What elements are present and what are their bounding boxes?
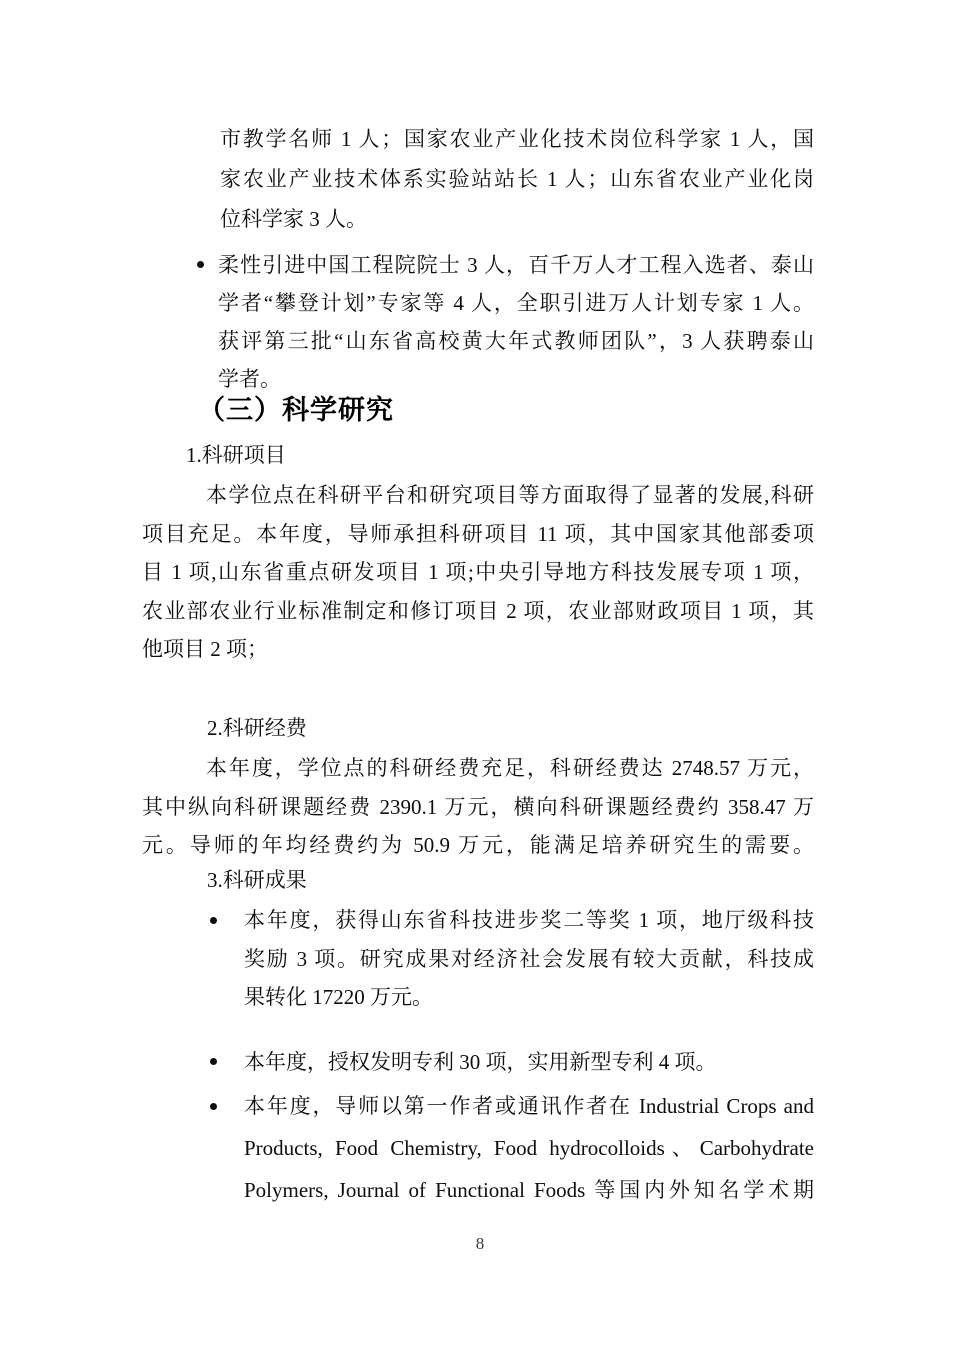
bullet-item: 柔性引进中国工程院院士 3 人，百千万人才工程入选者、泰山 学者“攀登计划”专家… bbox=[218, 246, 814, 398]
text-line: 本年度，学位点的科研经费充足，科研经费达 2748.57 万元， bbox=[142, 749, 814, 788]
text-line: 获评第三批“山东省高校黄大年式教师团队”，3 人获聘泰山 bbox=[218, 322, 814, 360]
text-line: 本年度，导师以第一作者或通讯作者在 Industrial Crops and bbox=[244, 1085, 814, 1127]
subsection-title: 1.科研项目 bbox=[186, 438, 286, 472]
text-line: 果转化 17220 万元。 bbox=[244, 978, 814, 1017]
research-funding-paragraph: 本年度，学位点的科研经费充足，科研经费达 2748.57 万元， 其中纵向科研课… bbox=[142, 749, 814, 865]
subsection-title: 2.科研经费 bbox=[207, 711, 307, 745]
text-line: 元。导师的年均经费约为 50.9 万元，能满足培养研究生的需要。 bbox=[142, 826, 814, 865]
bullet-item: 本年度，导师以第一作者或通讯作者在 Industrial Crops and P… bbox=[244, 1085, 814, 1211]
text-line: 农业部农业行业标准制定和修订项目 2 项，农业部财政项目 1 项，其 bbox=[142, 592, 814, 631]
text-line: 家农业产业技术体系实验站站长 1 人；山东省农业产业化岗 bbox=[220, 159, 814, 199]
text-line: 位科学家 3 人。 bbox=[220, 199, 814, 239]
text-line: Products, Food Chemistry, Food hydrocoll… bbox=[244, 1127, 814, 1169]
text-line: 他项目 2 项； bbox=[142, 630, 814, 669]
text-line: 本年度，授权发明专利 30 项，实用新型专利 4 项。 bbox=[244, 1042, 814, 1082]
bullet-item: 本年度，获得山东省科技进步奖二等奖 1 项，地厅级科技 奖励 3 项。研究成果对… bbox=[244, 901, 814, 1017]
document-page: 市教学名师 1 人；国家农业产业化技术岗位科学家 1 人，国 家农业产业技术体系… bbox=[0, 0, 960, 1357]
text-line: 市教学名师 1 人；国家农业产业化技术岗位科学家 1 人，国 bbox=[220, 119, 814, 159]
text-line: 其中纵向科研课题经费 2390.1 万元，横向科研课题经费约 358.47 万 bbox=[142, 788, 814, 827]
text-line: 柔性引进中国工程院院士 3 人，百千万人才工程入选者、泰山 bbox=[218, 246, 814, 284]
research-projects-paragraph: 本学位点在科研平台和研究项目等方面取得了显著的发展,科研 项目充足。本年度，导师… bbox=[142, 476, 814, 669]
continued-paragraph: 市教学名师 1 人；国家农业产业化技术岗位科学家 1 人，国 家农业产业技术体系… bbox=[220, 119, 814, 239]
text-line: 本学位点在科研平台和研究项目等方面取得了显著的发展,科研 bbox=[142, 476, 814, 515]
page-number: 8 bbox=[0, 1234, 960, 1254]
text-line: 学者“攀登计划”专家等 4 人，全职引进万人计划专家 1 人。 bbox=[218, 284, 814, 322]
bullet-dot bbox=[197, 261, 204, 268]
text-line: Polymers, Journal of Functional Foods 等国… bbox=[244, 1169, 814, 1211]
text-line: 目 1 项,山东省重点研发项目 1 项;中央引导地方科技发展专项 1 项， bbox=[142, 553, 814, 592]
text-line: 本年度，获得山东省科技进步奖二等奖 1 项，地厅级科技 bbox=[244, 901, 814, 940]
bullet-dot bbox=[210, 1103, 217, 1110]
text-line: 项目充足。本年度，导师承担科研项目 11 项，其中国家其他部委项 bbox=[142, 515, 814, 554]
bullet-dot bbox=[210, 1058, 217, 1065]
subsection-title: 3.科研成果 bbox=[207, 863, 307, 897]
section-heading: （三）科学研究 bbox=[198, 392, 394, 428]
text-line: 奖励 3 项。研究成果对经济社会发展有较大贡献，科技成 bbox=[244, 940, 814, 979]
bullet-dot bbox=[210, 917, 217, 924]
bullet-item: 本年度，授权发明专利 30 项，实用新型专利 4 项。 bbox=[244, 1042, 814, 1082]
